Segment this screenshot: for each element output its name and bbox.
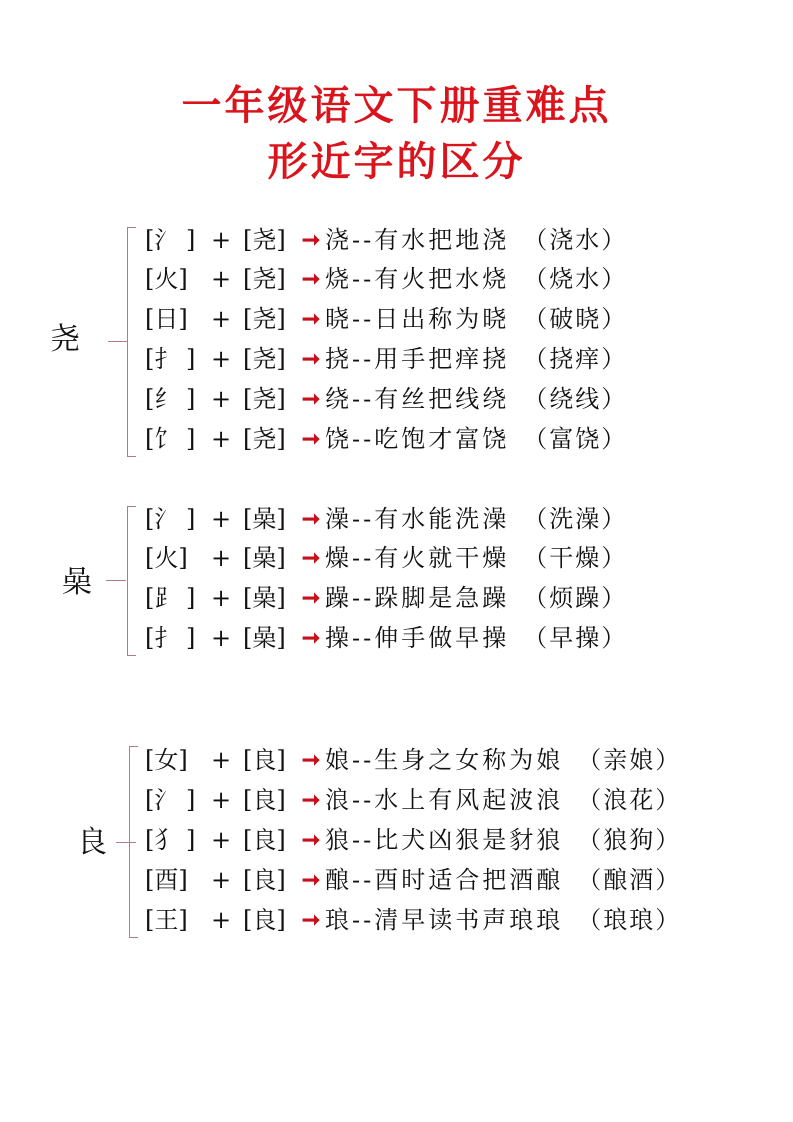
curly-brace (127, 227, 136, 457)
base-component: [尧] (243, 220, 297, 260)
plus-sign: + (199, 860, 243, 900)
arrow-right-icon: ➞ (297, 900, 325, 940)
radical: [⻊ ] (145, 578, 199, 618)
brace-tick (106, 580, 126, 581)
base-component: [尧] (243, 339, 297, 379)
arrow-right-icon: ➞ (297, 419, 325, 459)
plus-sign: + (199, 618, 243, 658)
radical: [氵 ] (145, 499, 199, 539)
example-word: （富饶） (523, 419, 627, 459)
result-rhyme: 挠--用手把痒挠 (325, 339, 509, 379)
formula-row: [王] + [良] ➞ 琅--清早读书声琅琅 （琅琅） (145, 900, 681, 940)
formula-row: [氵 ] + [喿] ➞ 澡--有水能洗澡 （洗澡） (145, 499, 627, 539)
base-component: [良] (243, 820, 297, 860)
base-component: [良] (243, 780, 297, 820)
formula-row: [氵 ] + [尧] ➞ 浇--有水把地浇 （浇水） (145, 220, 627, 260)
curly-brace (127, 506, 136, 656)
base-component: [喿] (243, 578, 297, 618)
base-component: [良] (243, 860, 297, 900)
result-rhyme: 酿--酉时适合把酒酿 (325, 860, 563, 900)
arrow-right-icon: ➞ (297, 538, 325, 578)
base-component: [喿] (243, 618, 297, 658)
plus-sign: + (199, 578, 243, 618)
example-word: （琅琅） (577, 900, 681, 940)
base-component: [尧] (243, 299, 297, 339)
formula-row: [饣 ] + [尧] ➞ 饶--吃饱才富饶 （富饶） (145, 419, 627, 459)
example-word: （绕线） (523, 379, 627, 419)
page-title: 一年级语文下册重难点 (0, 80, 793, 132)
plus-sign: + (199, 780, 243, 820)
radical: [王] (145, 900, 199, 940)
example-word: （干燥） (523, 538, 627, 578)
group-root-char: 尧 (50, 322, 80, 358)
plus-sign: + (199, 538, 243, 578)
arrow-right-icon: ➞ (297, 820, 325, 860)
plus-sign: + (199, 259, 243, 299)
formula-row: [女] + [良] ➞ 娘--生身之女称为娘 （亲娘） (145, 740, 681, 780)
base-component: [良] (243, 900, 297, 940)
radical: [扌 ] (145, 339, 199, 379)
plus-sign: + (199, 379, 243, 419)
example-word: （洗澡） (523, 499, 627, 539)
plus-sign: + (199, 220, 243, 260)
formula-row: [酉] + [良] ➞ 酿--酉时适合把酒酿 （酿酒） (145, 860, 681, 900)
plus-sign: + (199, 339, 243, 379)
radical: [日] (145, 299, 199, 339)
page-subtitle: 形近字的区分 (0, 136, 793, 188)
radical: [女] (145, 740, 199, 780)
formula-row: [纟 ] + [尧] ➞ 绕--有丝把线绕 （绕线） (145, 379, 627, 419)
example-word: （烧水） (523, 259, 627, 299)
radical: [犭 ] (145, 820, 199, 860)
arrow-right-icon: ➞ (297, 259, 325, 299)
base-component: [良] (243, 740, 297, 780)
result-rhyme: 躁--跺脚是急躁 (325, 578, 509, 618)
result-rhyme: 绕--有丝把线绕 (325, 379, 509, 419)
result-rhyme: 狼--比犬凶狠是豺狼 (325, 820, 563, 860)
curly-brace (129, 746, 138, 938)
plus-sign: + (199, 499, 243, 539)
formula-row: [扌 ] + [喿] ➞ 操--伸手做早操 （早操） (145, 618, 627, 658)
arrow-right-icon: ➞ (297, 780, 325, 820)
example-word: （浇水） (523, 220, 627, 260)
plus-sign: + (199, 900, 243, 940)
result-rhyme: 澡--有水能洗澡 (325, 499, 509, 539)
base-component: [尧] (243, 419, 297, 459)
example-word: （亲娘） (577, 740, 681, 780)
radical: [氵 ] (145, 220, 199, 260)
example-word: （狼狗） (577, 820, 681, 860)
plus-sign: + (199, 740, 243, 780)
radical: [扌 ] (145, 618, 199, 658)
example-word: （破晓） (523, 299, 627, 339)
radical: [酉] (145, 860, 199, 900)
radical: [氵 ] (145, 780, 199, 820)
result-rhyme: 烧--有火把水烧 (325, 259, 509, 299)
example-word: （烦躁） (523, 578, 627, 618)
formula-row: [火] + [喿] ➞ 燥--有火就干燥 （干燥） (145, 538, 627, 578)
result-rhyme: 浪--水上有风起波浪 (325, 780, 563, 820)
arrow-right-icon: ➞ (297, 618, 325, 658)
plus-sign: + (199, 419, 243, 459)
result-rhyme: 饶--吃饱才富饶 (325, 419, 509, 459)
example-word: （酿酒） (577, 860, 681, 900)
group-root-char: 良 (77, 825, 107, 861)
result-rhyme: 晓--日出称为晓 (325, 299, 509, 339)
result-rhyme: 琅--清早读书声琅琅 (325, 900, 563, 940)
arrow-right-icon: ➞ (297, 299, 325, 339)
example-word: （浪花） (577, 780, 681, 820)
result-rhyme: 操--伸手做早操 (325, 618, 509, 658)
formula-row: [火] + [尧] ➞ 烧--有火把水烧 （烧水） (145, 259, 627, 299)
arrow-right-icon: ➞ (297, 499, 325, 539)
arrow-right-icon: ➞ (297, 578, 325, 618)
radical: [火] (145, 538, 199, 578)
example-word: （早操） (523, 618, 627, 658)
formula-row: [⻊ ] + [喿] ➞ 躁--跺脚是急躁 （烦躁） (145, 578, 627, 618)
arrow-right-icon: ➞ (297, 220, 325, 260)
arrow-right-icon: ➞ (297, 379, 325, 419)
formula-row: [犭 ] + [良] ➞ 狼--比犬凶狠是豺狼 （狼狗） (145, 820, 681, 860)
radical: [纟 ] (145, 379, 199, 419)
plus-sign: + (199, 299, 243, 339)
arrow-right-icon: ➞ (297, 860, 325, 900)
radical: [火] (145, 259, 199, 299)
arrow-right-icon: ➞ (297, 740, 325, 780)
base-component: [尧] (243, 379, 297, 419)
base-component: [喿] (243, 538, 297, 578)
base-component: [尧] (243, 259, 297, 299)
result-rhyme: 浇--有水把地浇 (325, 220, 509, 260)
example-word: （挠痒） (523, 339, 627, 379)
plus-sign: + (199, 820, 243, 860)
formula-row: [扌 ] + [尧] ➞ 挠--用手把痒挠 （挠痒） (145, 339, 627, 379)
formula-row: [日] + [尧] ➞ 晓--日出称为晓 （破晓） (145, 299, 627, 339)
radical: [饣 ] (145, 419, 199, 459)
group-root-char: 喿 (62, 565, 92, 601)
brace-tick (108, 341, 128, 342)
base-component: [喿] (243, 499, 297, 539)
arrow-right-icon: ➞ (297, 339, 325, 379)
result-rhyme: 燥--有火就干燥 (325, 538, 509, 578)
formula-row: [氵 ] + [良] ➞ 浪--水上有风起波浪 （浪花） (145, 780, 681, 820)
result-rhyme: 娘--生身之女称为娘 (325, 740, 563, 780)
